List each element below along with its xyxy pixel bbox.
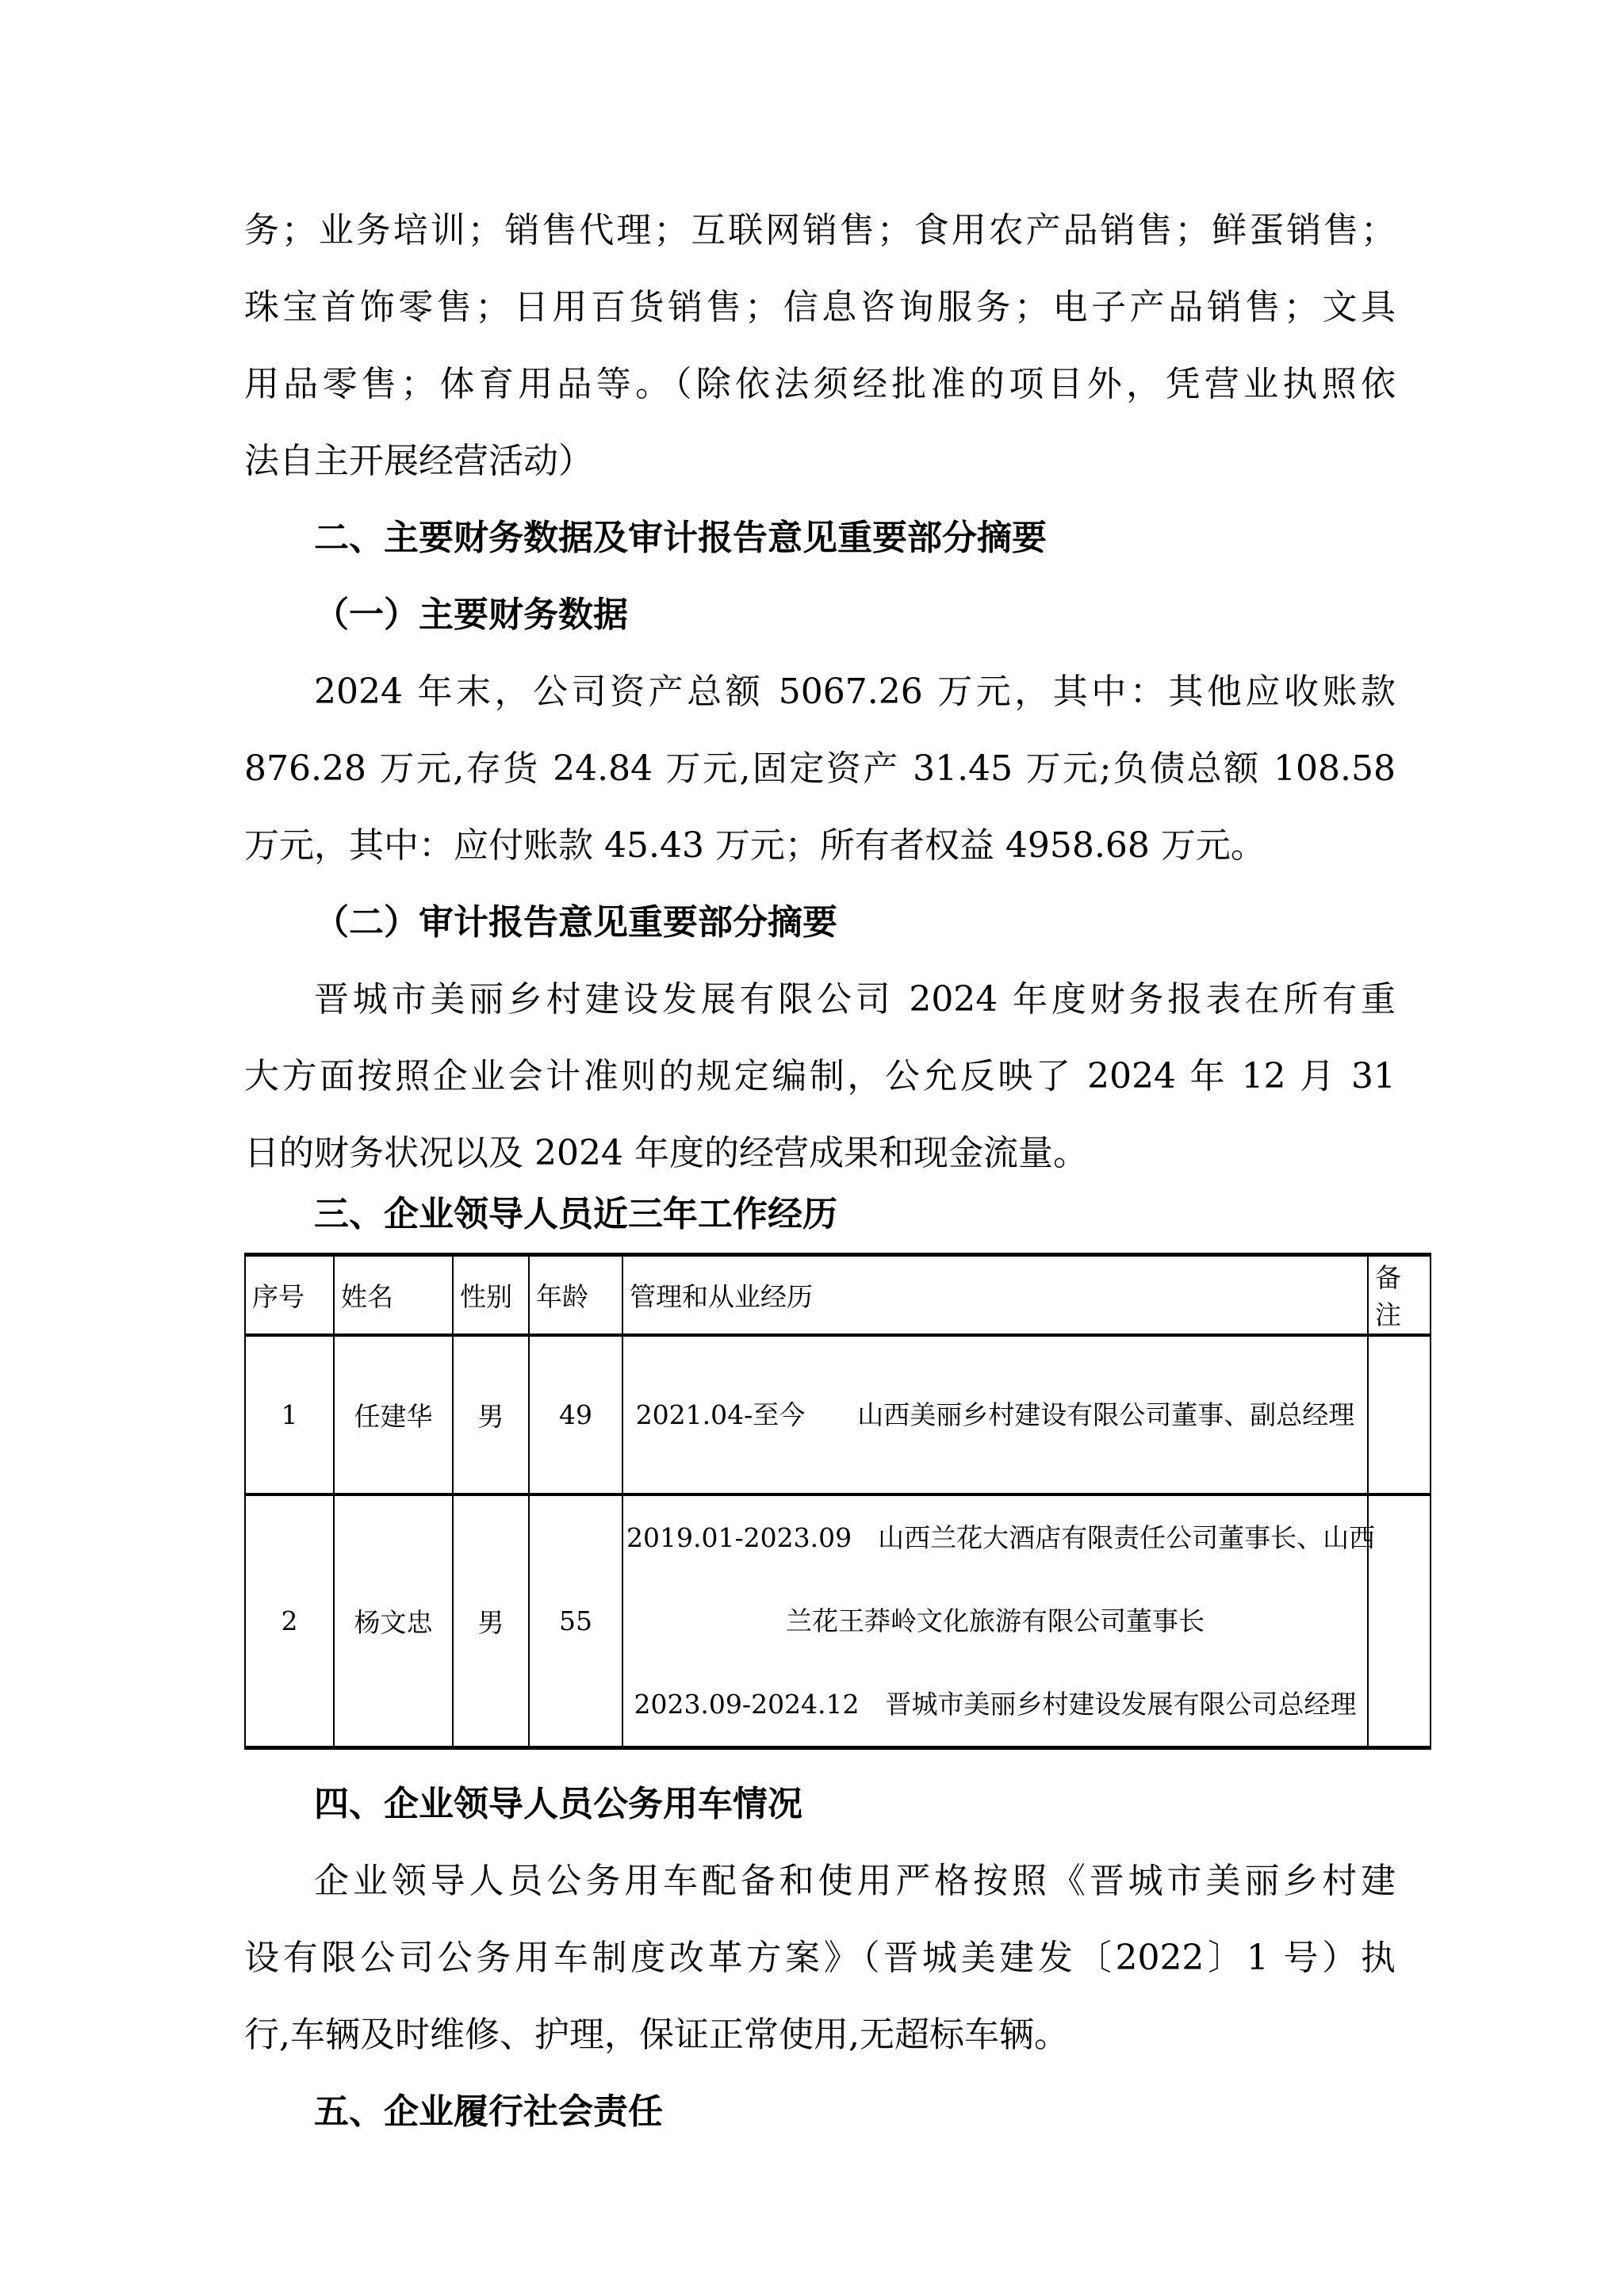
cell-remark — [1368, 1335, 1431, 1494]
section-heading-social: 五、企业履行社会责任 — [244, 2073, 1396, 2150]
body-line: 设有限公司公务用车制度改革方案》（晋城美建发〔2022〕1 号）执 — [244, 1919, 1396, 1996]
table-header-remark: 备注 — [1368, 1255, 1431, 1335]
body-line: 珠宝首饰零售；日用百货销售；信息咨询服务；电子产品销售；文具 — [244, 269, 1396, 346]
cell-gender: 男 — [453, 1494, 529, 1748]
cell-experience: 2019.01-2023.09 山西兰花大酒店有限责任公司董事长、山西 兰花王莽… — [622, 1494, 1368, 1748]
experience-line: 2021.04-至今 山西美丽乡村建设有限公司董事、副总经理 — [626, 1373, 1364, 1456]
leaders-experience-table: 序号 姓名 性别 年龄 管理和从业经历 备注 1 任建华 男 49 2021.0… — [244, 1253, 1431, 1750]
cell-age: 55 — [529, 1494, 622, 1748]
body-line: 万元，其中：应付账款 45.43 万元；所有者权益 4958.68 万元。 — [244, 807, 1396, 884]
cell-experience: 2021.04-至今 山西美丽乡村建设有限公司董事、副总经理 — [622, 1335, 1368, 1494]
cell-name: 任建华 — [334, 1335, 453, 1494]
body-line: 行,车辆及时维修、护理，保证正常使用,无超标车辆。 — [244, 1996, 1396, 2073]
table-row: 1 任建华 男 49 2021.04-至今 山西美丽乡村建设有限公司董事、副总经… — [245, 1335, 1431, 1494]
body-line: 企业领导人员公务用车配备和使用严格按照《晋城市美丽乡村建 — [244, 1843, 1396, 1919]
document-body: 务；业务培训；销售代理；互联网销售；食用农产品销售；鲜蛋销售； 珠宝首饰零售；日… — [244, 192, 1396, 2150]
table-header-row: 序号 姓名 性别 年龄 管理和从业经历 备注 — [245, 1255, 1431, 1335]
table-header-gender: 性别 — [453, 1255, 529, 1335]
table-row: 2 杨文忠 男 55 2019.01-2023.09 山西兰花大酒店有限责任公司… — [245, 1494, 1431, 1748]
body-line: 2024 年末，公司资产总额 5067.26 万元，其中：其他应收账款 — [244, 653, 1396, 730]
body-line: 晋城市美丽乡村建设发展有限公司 2024 年度财务报表在所有重 — [244, 961, 1396, 1038]
cell-gender: 男 — [453, 1335, 529, 1494]
table-header-name: 姓名 — [334, 1255, 453, 1335]
section-heading-vehicles: 四、企业领导人员公务用车情况 — [244, 1766, 1396, 1843]
subsection-heading-audit-summary: （二）审计报告意见重要部分摘要 — [244, 884, 1396, 961]
experience-line: 2023.09-2024.12 晋城市美丽乡村建设发展有限公司总经理 — [626, 1663, 1364, 1746]
body-line: 大方面按照企业会计准则的规定编制，公允反映了 2024 年 12 月 31 — [244, 1038, 1396, 1115]
table-header-age: 年龄 — [529, 1255, 622, 1335]
body-line: 务；业务培训；销售代理；互联网销售；食用农产品销售；鲜蛋销售； — [244, 192, 1396, 269]
experience-line: 兰花王莽岭文化旅游有限公司董事长 — [626, 1579, 1364, 1663]
cell-age: 49 — [529, 1335, 622, 1494]
table-header-seq: 序号 — [245, 1255, 334, 1335]
body-line: 876.28 万元,存货 24.84 万元,固定资产 31.45 万元;负债总额… — [244, 730, 1396, 807]
section-heading-leaders: 三、企业领导人员近三年工作经历 — [244, 1176, 1396, 1253]
section-heading-finance: 二、主要财务数据及审计报告意见重要部分摘要 — [244, 499, 1396, 576]
cell-seq: 2 — [245, 1494, 334, 1748]
body-line: 用品零售；体育用品等。（除依法须经批准的项目外，凭营业执照依 — [244, 346, 1396, 423]
table-header-experience: 管理和从业经历 — [622, 1255, 1368, 1335]
body-line: 法自主开展经营活动） — [244, 423, 1396, 499]
cell-remark — [1368, 1494, 1431, 1748]
document-page: 务；业务培训；销售代理；互联网销售；食用农产品销售；鲜蛋销售； 珠宝首饰零售；日… — [0, 0, 1624, 2296]
cell-seq: 1 — [245, 1335, 334, 1494]
experience-line: 2019.01-2023.09 山西兰花大酒店有限责任公司董事长、山西 — [626, 1496, 1364, 1579]
subsection-heading-finance-data: （一）主要财务数据 — [244, 576, 1396, 653]
cell-name: 杨文忠 — [334, 1494, 453, 1748]
